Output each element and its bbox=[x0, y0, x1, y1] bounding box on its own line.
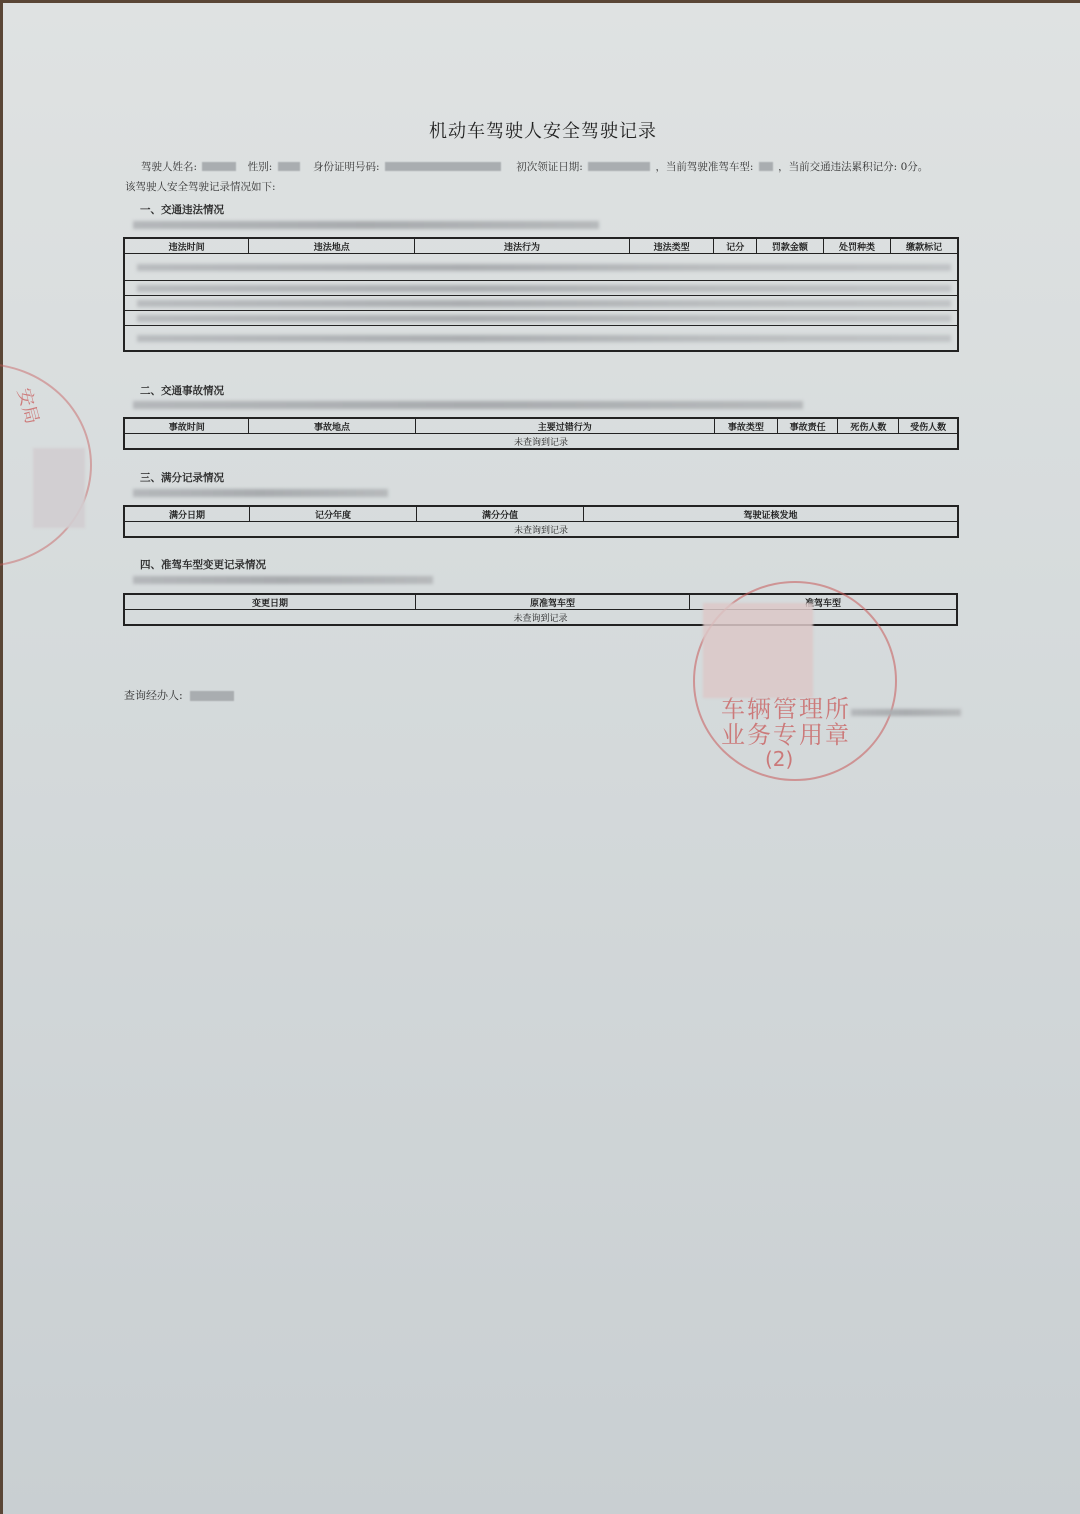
redacted-summary bbox=[133, 576, 433, 584]
col-header: 驾驶证核发地 bbox=[584, 506, 959, 522]
redacted-row bbox=[137, 264, 951, 271]
col-header: 违法类型 bbox=[629, 238, 714, 254]
redacted-note bbox=[851, 709, 961, 716]
document-title: 机动车驾驶人安全驾驶记录 bbox=[3, 117, 1080, 143]
empty-record-text: 未查询到记录 bbox=[124, 434, 958, 450]
redacted-summary bbox=[133, 401, 803, 409]
redacted-stamp-area bbox=[703, 603, 813, 698]
stamp-line3: (2) bbox=[765, 747, 793, 771]
redacted-name bbox=[202, 162, 236, 171]
redacted-handler-name bbox=[190, 691, 234, 701]
redacted-row bbox=[137, 315, 951, 322]
gender-label: 性别: bbox=[248, 159, 273, 174]
redacted-vehicle-class bbox=[759, 162, 773, 171]
driver-info-line: 驾驶人姓名: 性别: 身份证明号码: 初次领证日期: ，当前驾驶准驾车型: ，当… bbox=[141, 159, 928, 174]
table-row bbox=[124, 254, 958, 281]
col-header: 记分 bbox=[714, 238, 757, 254]
stamp-line2: 业务专用章 bbox=[721, 715, 851, 750]
redacted-first-license-date bbox=[588, 162, 650, 171]
accidents-table: 事故时间 事故地点 主要过错行为 事故类型 事故责任 死伤人数 受伤人数 未查询… bbox=[123, 417, 959, 450]
table-row bbox=[124, 326, 958, 352]
col-header: 处罚种类 bbox=[823, 238, 891, 254]
table-row bbox=[124, 296, 958, 311]
points-value: 0分。 bbox=[901, 159, 929, 174]
table-row bbox=[124, 311, 958, 326]
redacted-row bbox=[137, 285, 951, 292]
col-header: 满分日期 bbox=[124, 506, 250, 522]
intro-text: 该驾驶人安全驾驶记录情况如下: bbox=[125, 179, 276, 194]
col-header: 事故时间 bbox=[124, 418, 249, 434]
first-license-label: 初次领证日期: bbox=[516, 159, 583, 174]
violations-table: 违法时间 违法地点 违法行为 违法类型 记分 罚款金额 处罚种类 缴款标记 bbox=[123, 237, 959, 352]
section-violations-title: 一、交通违法情况 bbox=[140, 202, 224, 217]
table-row bbox=[124, 281, 958, 296]
redacted-row bbox=[137, 300, 951, 307]
col-header: 主要过错行为 bbox=[415, 418, 714, 434]
points-label: ，当前交通违法累积记分: bbox=[778, 159, 897, 174]
col-header: 缴款标记 bbox=[891, 238, 958, 254]
name-label: 驾驶人姓名: bbox=[141, 159, 197, 174]
document-page: 机动车驾驶人安全驾驶记录 驾驶人姓名: 性别: 身份证明号码: 初次领证日期: … bbox=[3, 3, 1080, 1514]
empty-record-text: 未查询到记录 bbox=[124, 522, 958, 538]
col-header: 记分年度 bbox=[250, 506, 417, 522]
query-handler-label: 查询经办人: bbox=[124, 689, 183, 702]
col-header: 罚款金额 bbox=[757, 238, 824, 254]
redacted-row bbox=[137, 335, 951, 342]
col-header: 变更日期 bbox=[124, 594, 416, 610]
col-header: 原准驾车型 bbox=[416, 594, 690, 610]
col-header: 违法时间 bbox=[124, 238, 249, 254]
section-class-change-title: 四、准驾车型变更记录情况 bbox=[140, 557, 266, 572]
full-score-table: 满分日期 记分年度 满分分值 驾驶证核发地 未查询到记录 bbox=[123, 505, 959, 538]
query-handler: 查询经办人: bbox=[124, 687, 234, 703]
id-label: 身份证明号码: bbox=[313, 159, 380, 174]
col-header: 死伤人数 bbox=[838, 418, 899, 434]
col-header: 违法地点 bbox=[249, 238, 415, 254]
col-header: 事故责任 bbox=[777, 418, 838, 434]
col-header: 违法行为 bbox=[415, 238, 630, 254]
redacted-summary bbox=[133, 489, 388, 497]
redacted-summary bbox=[133, 221, 599, 229]
redacted-gender bbox=[278, 162, 300, 171]
vehicle-class-label: ，当前驾驶准驾车型: bbox=[655, 159, 753, 174]
redacted-stamp-area bbox=[33, 448, 85, 528]
table-row: 未查询到记录 bbox=[124, 522, 958, 538]
col-header: 受伤人数 bbox=[899, 418, 958, 434]
section-accidents-title: 二、交通事故情况 bbox=[140, 383, 224, 398]
col-header: 事故类型 bbox=[715, 418, 778, 434]
section-full-score-title: 三、满分记录情况 bbox=[140, 470, 224, 485]
col-header: 满分分值 bbox=[417, 506, 584, 522]
col-header: 事故地点 bbox=[249, 418, 415, 434]
redacted-id-number bbox=[385, 162, 501, 171]
table-row: 未查询到记录 bbox=[124, 434, 958, 450]
